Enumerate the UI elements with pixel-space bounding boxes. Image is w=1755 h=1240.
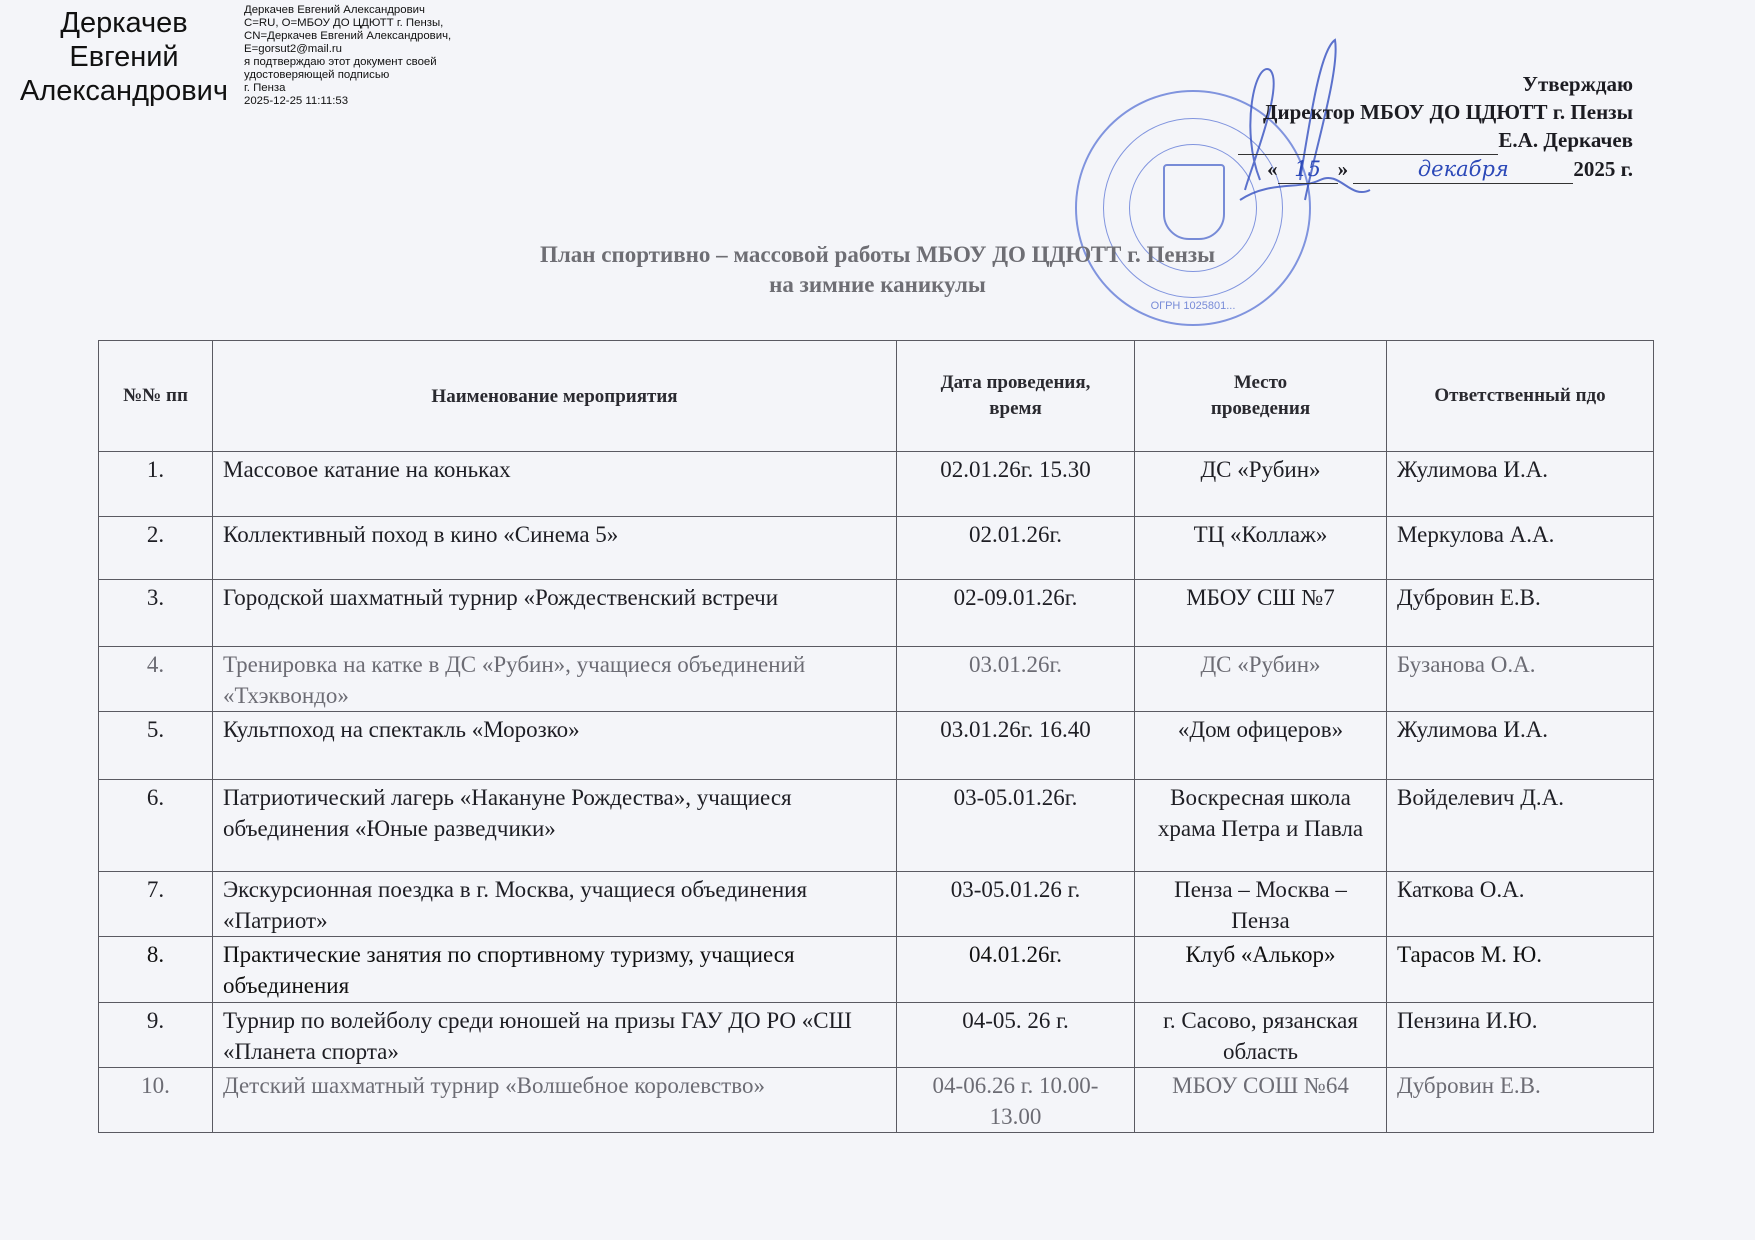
event-responsible: Пензина И.Ю. xyxy=(1387,1003,1654,1068)
event-place: Клуб «Алькор» xyxy=(1135,937,1387,1003)
approval-day: 15 xyxy=(1278,155,1338,184)
event-responsible: Каткова О.А. xyxy=(1387,872,1654,937)
table-row: 5.Культпоход на спектакль «Морозко»03.01… xyxy=(99,712,1654,780)
event-place: ДС «Рубин» xyxy=(1135,647,1387,712)
event-place: ДС «Рубин» xyxy=(1135,452,1387,517)
event-date: 04-05. 26 г. xyxy=(897,1003,1135,1068)
row-number: 7. xyxy=(99,872,213,937)
document-title: План спортивно – массовой работы МБОУ ДО… xyxy=(0,240,1755,300)
table-row: 4.Тренировка на катке в ДС «Рубин», учащ… xyxy=(99,647,1654,712)
table-row: 8.Практические занятия по спортивному ту… xyxy=(99,937,1654,1003)
table-row: 3.Городской шахматный турнир «Рождествен… xyxy=(99,580,1654,647)
table-row: 10.Детский шахматный турнир «Волшебное к… xyxy=(99,1068,1654,1133)
event-name: Городской шахматный турнир «Рождественск… xyxy=(213,580,897,647)
signature-detail-line: 2025-12-25 11:11:53 xyxy=(244,95,484,108)
event-date: 03-05.01.26г. xyxy=(897,780,1135,872)
event-responsible: Войделевич Д.А. xyxy=(1387,780,1654,872)
event-name: Практические занятия по спортивному тури… xyxy=(213,937,897,1003)
row-number: 2. xyxy=(99,517,213,580)
approver-position: Директор МБОУ ДО ЦДЮТТ г. Пензы xyxy=(1238,98,1633,126)
event-name: Турнир по волейболу среди юношей на приз… xyxy=(213,1003,897,1068)
event-place: Воскресная школа храма Петра и Павла xyxy=(1135,780,1387,872)
signature-detail-line: Деркачев Евгений Александрович xyxy=(244,4,484,17)
approver-name-line: Е.А. Деркачев xyxy=(1238,126,1633,155)
quote-close: » xyxy=(1338,157,1349,181)
event-responsible: Дубровин Е.В. xyxy=(1387,1068,1654,1133)
row-number: 5. xyxy=(99,712,213,780)
stamp-text: ОГРН 1025801... xyxy=(1077,300,1309,312)
event-date: 02.01.26г. 15.30 xyxy=(897,452,1135,517)
table-header-row: №№ пп Наименование мероприятия Дата пров… xyxy=(99,341,1654,452)
signature-detail-line: я подтверждаю этот документ своей xyxy=(244,56,484,69)
event-name: Экскурсионная поездка в г. Москва, учащи… xyxy=(213,872,897,937)
approval-month: декабря xyxy=(1353,155,1573,184)
signature-firstname: Евгений xyxy=(6,40,242,74)
event-place: Пенза – Москва – Пенза xyxy=(1135,872,1387,937)
event-date: 02-09.01.26г. xyxy=(897,580,1135,647)
events-table: №№ пп Наименование мероприятия Дата пров… xyxy=(98,340,1654,1133)
table-row: 1.Массовое катание на коньках02.01.26г. … xyxy=(99,452,1654,517)
event-place: «Дом офицеров» xyxy=(1135,712,1387,780)
signature-detail-line: г. Пенза xyxy=(244,82,484,95)
event-name: Коллективный поход в кино «Синема 5» xyxy=(213,517,897,580)
event-name: Массовое катание на коньках xyxy=(213,452,897,517)
row-number: 10. xyxy=(99,1068,213,1133)
event-responsible: Меркулова А.А. xyxy=(1387,517,1654,580)
table-row: 6.Патриотический лагерь «Накануне Рождес… xyxy=(99,780,1654,872)
signature-patronymic: Александрович xyxy=(6,74,242,108)
approval-date: «15» декабря2025 г. xyxy=(1238,155,1633,184)
title-line-2: на зимние каникулы xyxy=(0,270,1755,300)
event-name: Детский шахматный турнир «Волшебное коро… xyxy=(213,1068,897,1133)
row-number: 3. xyxy=(99,580,213,647)
event-date: 04.01.26г. xyxy=(897,937,1135,1003)
table-row: 7.Экскурсионная поездка в г. Москва, уча… xyxy=(99,872,1654,937)
signature-name: Деркачев Евгений Александрович xyxy=(6,6,242,108)
title-line-1: План спортивно – массовой работы МБОУ ДО… xyxy=(0,240,1755,270)
event-responsible: Тарасов М. Ю. xyxy=(1387,937,1654,1003)
event-place: МБОУ СШ №7 xyxy=(1135,580,1387,647)
event-responsible: Жулимова И.А. xyxy=(1387,712,1654,780)
signature-detail-line: E=gorsut2@mail.ru xyxy=(244,43,484,56)
approval-year: 2025 г. xyxy=(1573,157,1633,181)
approve-label: Утверждаю xyxy=(1238,70,1633,98)
event-date: 03.01.26г. 16.40 xyxy=(897,712,1135,780)
event-date: 03-05.01.26 г. xyxy=(897,872,1135,937)
event-responsible: Жулимова И.А. xyxy=(1387,452,1654,517)
event-name: Тренировка на катке в ДС «Рубин», учащие… xyxy=(213,647,897,712)
signature-details: Деркачев Евгений Александрович C=RU, O=М… xyxy=(244,4,484,108)
signature-detail-line: удостоверяющей подписью xyxy=(244,69,484,82)
approver-name: Е.А. Деркачев xyxy=(1498,128,1633,152)
signature-detail-line: CN=Деркачев Евгений Александрович, xyxy=(244,30,484,43)
table-row: 9.Турнир по волейболу среди юношей на пр… xyxy=(99,1003,1654,1068)
row-number: 4. xyxy=(99,647,213,712)
header-number: №№ пп xyxy=(99,341,213,452)
row-number: 8. xyxy=(99,937,213,1003)
header-responsible: Ответственный пдо xyxy=(1387,341,1654,452)
signature-detail-line: C=RU, O=МБОУ ДО ЦДЮТТ г. Пензы, xyxy=(244,17,484,30)
event-responsible: Бузанова О.А. xyxy=(1387,647,1654,712)
event-responsible: Дубровин Е.В. xyxy=(1387,580,1654,647)
event-date: 04-06.26 г. 10.00-13.00 xyxy=(897,1068,1135,1133)
header-date: Дата проведения, время xyxy=(897,341,1135,452)
event-name: Культпоход на спектакль «Морозко» xyxy=(213,712,897,780)
signature-surname: Деркачев xyxy=(6,6,242,40)
row-number: 1. xyxy=(99,452,213,517)
event-place: МБОУ СОШ №64 xyxy=(1135,1068,1387,1133)
quote-open: « xyxy=(1267,157,1278,181)
event-date: 03.01.26г. xyxy=(897,647,1135,712)
event-name: Патриотический лагерь «Накануне Рождеств… xyxy=(213,780,897,872)
event-date: 02.01.26г. xyxy=(897,517,1135,580)
event-place: ТЦ «Коллаж» xyxy=(1135,517,1387,580)
approval-block: Утверждаю Директор МБОУ ДО ЦДЮТТ г. Пенз… xyxy=(1238,70,1633,184)
row-number: 9. xyxy=(99,1003,213,1068)
header-place: Место проведения xyxy=(1135,341,1387,452)
row-number: 6. xyxy=(99,780,213,872)
table-row: 2.Коллективный поход в кино «Синема 5»02… xyxy=(99,517,1654,580)
event-place: г. Сасово, рязанская область xyxy=(1135,1003,1387,1068)
header-event-name: Наименование мероприятия xyxy=(213,341,897,452)
